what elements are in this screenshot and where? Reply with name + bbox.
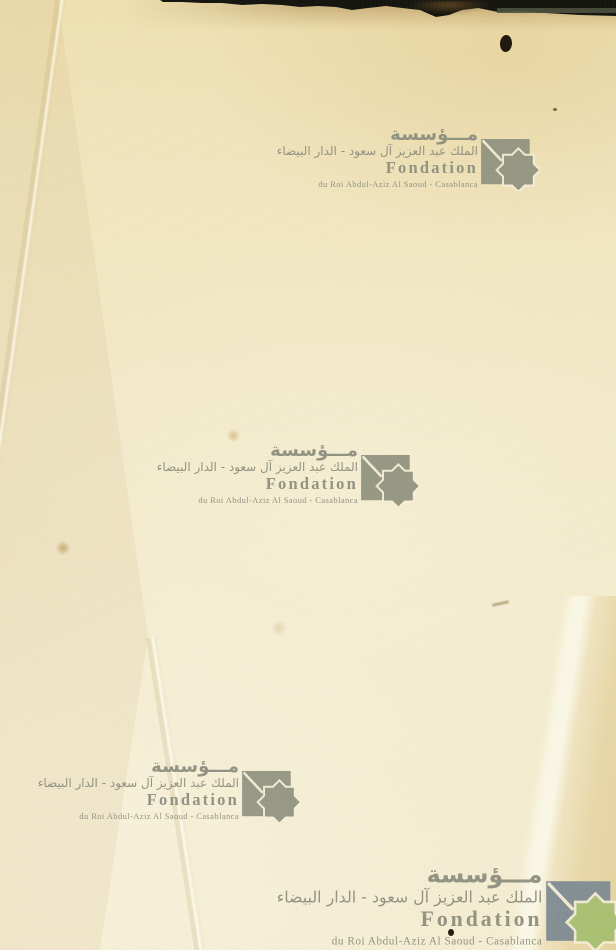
foundation-logo-icon: [242, 771, 301, 823]
watermark-arabic-subtitle: الملك عبد العزيز آل سعود - الدار البيضاء: [277, 144, 478, 158]
watermark-text: مـــؤسسة الملك عبد العزيز آل سعود - الدا…: [157, 442, 358, 505]
watermark-latin-title: Fondation: [420, 908, 542, 931]
foundation-logo-icon: [481, 139, 540, 191]
paper-scratch: [492, 600, 509, 606]
foxing-stain-left: [55, 541, 71, 555]
eight-point-star-icon: [498, 150, 539, 191]
watermark-arabic-subtitle: الملك عبد العزيز آل سعود - الدار البيضاء: [38, 776, 239, 790]
watermark-text: مـــؤسسة الملك عبد العزيز آل سعود - الدا…: [38, 758, 239, 821]
watermark-arabic-title: مـــؤسسة: [426, 864, 542, 888]
foundation-logo-icon: [546, 881, 616, 950]
foundation-watermark-lower-left: مـــؤسسة الملك عبد العزيز آل سعود - الدا…: [38, 758, 301, 823]
eight-point-star-icon: [569, 895, 616, 949]
watermark-latin-subtitle: du Roi Abdul-Aziz Al Saoud - Casablanca: [79, 811, 239, 821]
watermark-arabic-subtitle: الملك عبد العزيز آل سعود - الدار البيضاء: [276, 888, 542, 907]
scan-dark-edge: [0, 0, 616, 20]
foxing-stain-middle: [226, 429, 241, 442]
watermark-latin-subtitle: du Roi Abdul-Aziz Al Saoud - Casablanca: [318, 179, 478, 189]
watermark-arabic-title: مـــؤسسة: [390, 126, 478, 144]
foxing-stain-faint: [270, 621, 288, 635]
eight-point-star-icon: [259, 782, 300, 823]
scanned-page: مـــؤسسة الملك عبد العزيز آل سعود - الدا…: [0, 0, 616, 950]
watermark-latin-title: Fondation: [147, 791, 239, 808]
watermark-text: مـــؤسسة الملك عبد العزيز آل سعود - الدا…: [277, 126, 478, 189]
eight-point-star-icon: [378, 466, 419, 507]
foundation-watermark-top-right: مـــؤسسة الملك عبد العزيز آل سعود - الدا…: [277, 126, 540, 191]
watermark-latin-title: Fondation: [386, 159, 478, 176]
torn-edge-smudge: [408, 1, 490, 14]
foundation-watermark-middle: مـــؤسسة الملك عبد العزيز آل سعود - الدا…: [157, 442, 420, 507]
foundation-watermark-bottom-right: مـــؤسسة الملك عبد العزيز آل سعود - الدا…: [276, 864, 616, 950]
watermark-arabic-subtitle: الملك عبد العزيز آل سعود - الدار البيضاء: [157, 460, 358, 474]
top-edge-shadow: [0, 0, 616, 30]
watermark-text: مـــؤسسة الملك عبد العزيز آل سعود - الدا…: [276, 864, 542, 947]
watermark-latin-subtitle: du Roi Abdul-Aziz Al Saoud - Casablanca: [331, 934, 542, 947]
fold-crease-upper: [0, 0, 68, 643]
watermark-arabic-title: مـــؤسسة: [151, 758, 239, 776]
watermark-arabic-title: مـــؤسسة: [270, 442, 358, 460]
watermark-latin-title: Fondation: [266, 475, 358, 492]
foundation-logo-icon: [361, 455, 420, 507]
paper-speck: [553, 108, 557, 111]
ink-dot-top: [499, 35, 512, 53]
scan-edge-olive-strip: [497, 8, 616, 13]
watermark-latin-subtitle: du Roi Abdul-Aziz Al Saoud - Casablanca: [198, 495, 358, 505]
